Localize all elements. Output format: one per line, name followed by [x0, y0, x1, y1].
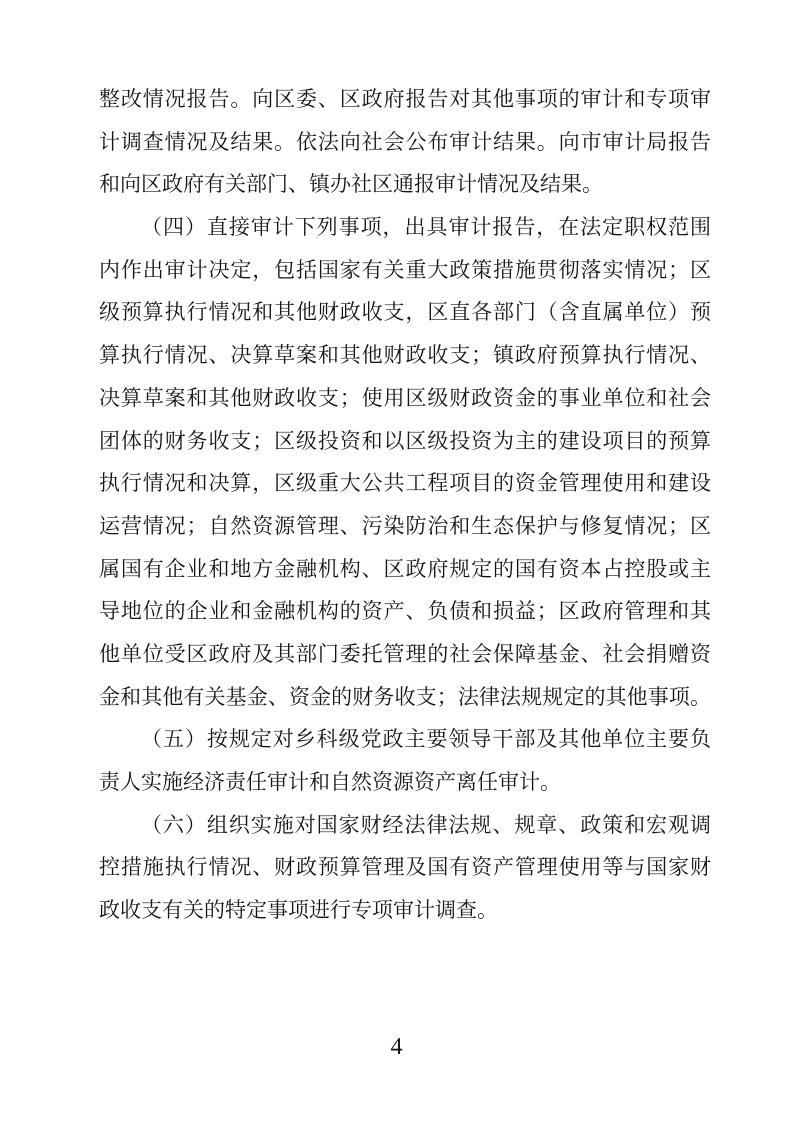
text-line: 控措施执行情况、财政预算管理及国有资产管理使用等与国家财 — [99, 846, 711, 889]
text-line: （六）组织实施对国家财经法律法规、规章、政策和宏观调 — [99, 804, 711, 847]
text-line: 内作出审计决定，包括国家有关重大政策措施贯彻落实情况；区 — [99, 249, 711, 292]
text-line: 级预算执行情况和其他财政收支，区直各部门（含直属单位）预 — [99, 291, 711, 334]
text-line: （四）直接审计下列事项，出具审计报告，在法定职权范围 — [99, 206, 711, 249]
text-line: 导地位的企业和金融机构的资产、负债和损益；区政府管理和其 — [99, 590, 711, 633]
paragraph: （四）直接审计下列事项，出具审计报告，在法定职权范围内作出审计决定，包括国家有关… — [99, 206, 711, 718]
document-body: 整改情况报告。向区委、区政府报告对其他事项的审计和专项审计调查情况及结果。依法向… — [99, 78, 711, 932]
text-line: 责人实施经济责任审计和自然资源资产离任审计。 — [99, 761, 711, 804]
text-line: 整改情况报告。向区委、区政府报告对其他事项的审计和专项审 — [99, 78, 711, 121]
text-line: 决算草案和其他财政收支；使用区级财政资金的事业单位和社会 — [99, 377, 711, 420]
paragraph: （六）组织实施对国家财经法律法规、规章、政策和宏观调控措施执行情况、财政预算管理… — [99, 804, 711, 932]
text-line: 政收支有关的特定事项进行专项审计调查。 — [99, 889, 711, 932]
text-line: 算执行情况、决算草案和其他财政收支；镇政府预算执行情况、 — [99, 334, 711, 377]
text-line: 属国有企业和地方金融机构、区政府规定的国有资本占控股或主 — [99, 548, 711, 591]
text-line: 金和其他有关基金、资金的财务收支；法律法规规定的其他事项。 — [99, 676, 711, 719]
text-line: 执行情况和决算，区级重大公共工程项目的资金管理使用和建设 — [99, 462, 711, 505]
paragraph: 整改情况报告。向区委、区政府报告对其他事项的审计和专项审计调查情况及结果。依法向… — [99, 78, 711, 206]
paragraph: （五）按规定对乡科级党政主要领导干部及其他单位主要负责人实施经济责任审计和自然资… — [99, 718, 711, 803]
text-line: 和向区政府有关部门、镇办社区通报审计情况及结果。 — [99, 163, 711, 206]
text-line: 团体的财务收支；区级投资和以区级投资为主的建设项目的预算 — [99, 420, 711, 463]
text-line: 运营情况；自然资源管理、污染防治和生态保护与修复情况；区 — [99, 505, 711, 548]
text-line: （五）按规定对乡科级党政主要领导干部及其他单位主要负 — [99, 718, 711, 761]
document-page: 整改情况报告。向区委、区政府报告对其他事项的审计和专项审计调查情况及结果。依法向… — [0, 0, 793, 1122]
text-line: 他单位受区政府及其部门委托管理的社会保障基金、社会捐赠资 — [99, 633, 711, 676]
page-number: 4 — [0, 1032, 793, 1062]
text-line: 计调查情况及结果。依法向社会公布审计结果。向市审计局报告 — [99, 121, 711, 164]
